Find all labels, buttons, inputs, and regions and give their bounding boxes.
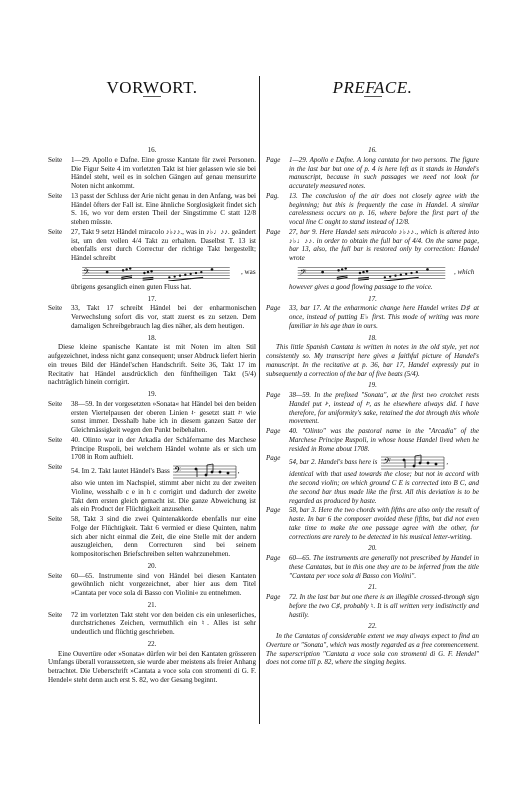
entry-label: Pag. <box>266 192 289 227</box>
column-divider <box>259 76 260 724</box>
entry: Seite72 im vorletzten Takt steht vor den… <box>48 611 256 637</box>
entry: Seite58, Takt 3 sind die zwei Quintenakk… <box>48 515 256 559</box>
section-number: 20. <box>266 544 479 553</box>
section-number: 16. <box>266 146 479 155</box>
paragraph: This little Spanish Cantata is written i… <box>266 343 479 378</box>
entry: Seite 54. Im 2. Takt lautet Händel's Bas… <box>48 463 256 514</box>
entry-label: Seite <box>48 228 71 292</box>
entry-text: 27, Takt 9 setzt Händel miracolo ♪♭♪♪., … <box>71 228 256 262</box>
section-number: 17. <box>48 295 256 304</box>
entry-text: 58, bar 3. Here the two chords with fift… <box>289 506 479 541</box>
section-number: 21. <box>48 601 256 610</box>
page-title-preface: PREFACE. <box>266 78 479 98</box>
svg-text:𝄢: 𝄢 <box>382 456 391 469</box>
entry-label: Seite <box>48 400 71 435</box>
section-number: 19. <box>266 381 479 390</box>
entry-text: 60—65. Instrumente sind von Händel bei d… <box>71 572 256 598</box>
entry: Seite40. Olinto war in der Arkadia der S… <box>48 436 256 462</box>
music-staff-icon: 𝄢 <box>71 265 241 281</box>
entry: Page72. In the last bar but one there is… <box>266 593 479 619</box>
entry-text: 72. In the last bar but one there is an … <box>289 593 479 619</box>
section-number: 17. <box>266 295 479 304</box>
entry: Page58, bar 3. Here the two chords with … <box>266 506 479 541</box>
entry: Page 54, bar 2. Handel's bass here is 𝄢 … <box>266 454 479 505</box>
entry-text: 13 passt der Schluss der Arie nicht gena… <box>71 192 256 227</box>
entry-text: , was <box>241 268 256 277</box>
entry-label: Page <box>266 391 289 426</box>
entry-label: Seite <box>48 572 71 598</box>
entry-text: 33, Takt 17 schreibt Händel bei der enha… <box>71 304 256 330</box>
entry-text: also wie unten im Nachspiel, stimmt aber… <box>71 479 256 513</box>
svg-text:𝄢: 𝄢 <box>83 268 90 279</box>
entry-text: 58, Takt 3 sind die zwei Quintenakkorde … <box>71 515 256 559</box>
entry-label: Seite <box>48 156 71 191</box>
section-number: 16. <box>48 146 256 155</box>
entry-text: 33, bar 17. At the enharmonic change her… <box>289 304 479 330</box>
entry-text: 38—59. In der vorgesetzten »Sonata« hat … <box>71 400 256 435</box>
svg-text:𝄢: 𝄢 <box>174 465 181 478</box>
entry-label: Seite <box>48 304 71 330</box>
entry-text: 54, bar 2. Handel's bass here is <box>289 458 377 467</box>
title-rule <box>143 96 161 97</box>
entry: Seite33, Takt 17 schreibt Händel bei der… <box>48 304 256 330</box>
paragraph: Diese kleine spanische Kantate ist mit N… <box>48 343 256 387</box>
entry-text: 27, bar 9. Here Handel sets miracolo ♪♭♪… <box>289 228 479 262</box>
entry-text: identical with that used towards the clo… <box>289 470 479 504</box>
entry: Pag.13. The conclusion of the air does n… <box>266 192 479 227</box>
section-number: 18. <box>266 334 479 343</box>
section-number: 22. <box>266 622 479 631</box>
entry-label: Page <box>266 228 289 292</box>
entry: Page33, bar 17. At the enharmonic change… <box>266 304 479 330</box>
entry-text: however gives a good flowing passage to … <box>289 283 433 291</box>
entry: Seite38—59. In der vorgesetzten »Sonata«… <box>48 400 256 435</box>
entry-text: 1—29. Apollo e Dafne. A long cantata for… <box>289 156 479 191</box>
entry-text: 72 im vorletzten Takt steht vor den beid… <box>71 611 256 637</box>
entry-text: 38—59. In the prefixed "Sonata", at the … <box>289 391 479 426</box>
entry-label: Page <box>266 156 289 191</box>
entry-text: 1—29. Apollo e Dafne. Eine grosse Kantat… <box>71 156 256 191</box>
paragraph: Eine Ouvertüre oder »Sonata« dürfen wir … <box>48 650 256 685</box>
entry-text: übrigens gesanglich einen guten Fluss ha… <box>71 283 191 291</box>
music-staff-icon: 𝄢 <box>172 463 238 479</box>
entry: Page1—29. Apollo e Dafne. A long cantata… <box>266 156 479 191</box>
entry-label: Seite <box>48 515 71 559</box>
entry-text: 40. "Olinto" was the pastoral name in th… <box>289 427 479 453</box>
entry-label: Seite <box>48 463 71 514</box>
entry-label: Page <box>266 593 289 619</box>
section-number: 22. <box>48 640 256 649</box>
english-body: 16. Page1—29. Apollo e Dafne. A long can… <box>266 143 479 667</box>
entry-text: , which <box>454 268 474 277</box>
entry-text: 60—65. The instruments are generally not… <box>289 554 479 580</box>
entry: Seite 27, Takt 9 setzt Händel miracolo ♪… <box>48 228 256 292</box>
entry-label: Page <box>266 454 289 505</box>
entry: Seite60—65. Instrumente sind von Händel … <box>48 572 256 598</box>
section-number: 21. <box>266 583 479 592</box>
title-rule <box>364 96 382 97</box>
entry-label: Seite <box>48 436 71 462</box>
entry: Page38—59. In the prefixed "Sonata", at … <box>266 391 479 426</box>
music-staff-icon: 𝄢 <box>289 265 454 281</box>
entry-label: Page <box>266 554 289 580</box>
entry: Page40. "Olinto" was the pastoral name i… <box>266 427 479 453</box>
entry: Page60—65. The instruments are generally… <box>266 554 479 580</box>
paragraph: In the Cantatas of considerable extent w… <box>266 632 479 667</box>
entry-label: Page <box>266 304 289 330</box>
music-staff-icon: 𝄢 <box>380 454 446 470</box>
section-number: 18. <box>48 334 256 343</box>
entry: Page 27, bar 9. Here Handel sets miracol… <box>266 228 479 292</box>
entry-label: Page <box>266 427 289 453</box>
section-number: 20. <box>48 562 256 571</box>
entry-text: 13. The conclusion of the air does not c… <box>289 192 479 227</box>
entry-label: Seite <box>48 192 71 227</box>
german-body: 16. Seite1—29. Apollo e Dafne. Eine gros… <box>48 143 256 685</box>
entry-label: Seite <box>48 611 71 637</box>
entry: Seite1—29. Apollo e Dafne. Eine grosse K… <box>48 156 256 191</box>
entry-text: 40. Olinto war in der Arkadia der Schäfe… <box>71 436 256 462</box>
entry: Seite13 passt der Schluss der Arie nicht… <box>48 192 256 227</box>
entry-text: 54. Im 2. Takt lautet Händel's Bass <box>71 467 170 476</box>
entry-label: Page <box>266 506 289 541</box>
section-number: 19. <box>48 390 256 399</box>
page-title-vorwort: VORWORT. <box>48 78 256 98</box>
